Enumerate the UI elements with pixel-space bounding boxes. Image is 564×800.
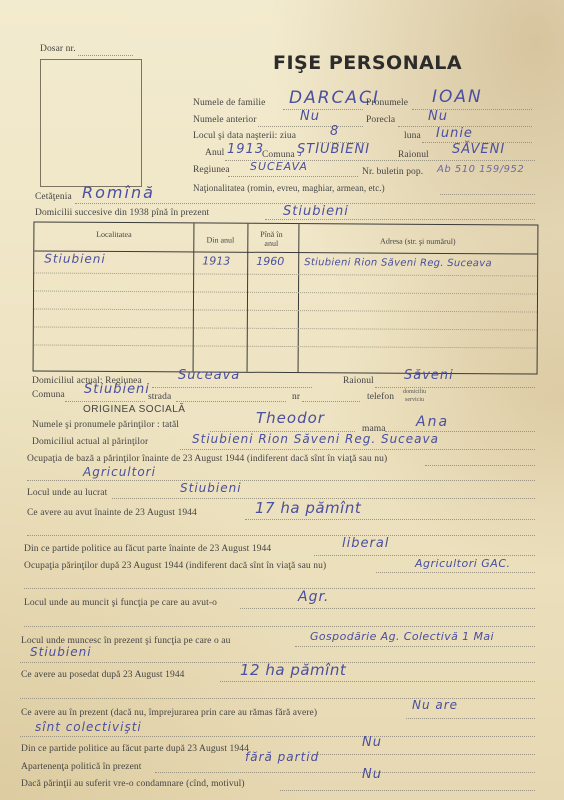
dotted-line (155, 772, 535, 773)
region-label: Regiunea (193, 165, 230, 175)
dotted-line (240, 608, 535, 609)
parents-address-value[interactable]: Stiubieni Rion Săveni Reg. Suceava (192, 432, 439, 446)
district-label: Raionul (398, 150, 429, 160)
dosar-label: Dosar nr. (40, 44, 76, 54)
dotted-line (265, 219, 535, 220)
parents-label: Numele şi pronumele părinţilor : tatăl (32, 420, 179, 430)
nickname-label: Porecla (366, 115, 395, 125)
birth-label: Locul şi data naşterii: ziua (193, 131, 296, 141)
work-place-value[interactable]: Stiubieni (180, 481, 242, 495)
phone-home-label: domiciliu (403, 389, 426, 396)
dotted-line (27, 480, 535, 481)
street-field[interactable] (176, 401, 286, 402)
parties-after-value[interactable]: Nu (362, 735, 382, 750)
work-function-value[interactable]: Agr. (298, 589, 329, 605)
commune-value[interactable]: ŞTIUBIENI (297, 142, 370, 157)
work-present-value[interactable]: Gospodărie Ag. Colectivă 1 Mai (310, 630, 494, 643)
dosar-field[interactable] (78, 55, 133, 56)
dotted-line (228, 176, 358, 177)
political-present-value[interactable]: fără partid (245, 750, 319, 764)
father-value[interactable]: Theodor (256, 409, 325, 427)
mother-value[interactable]: Ana (416, 414, 449, 430)
dotted-line (245, 519, 535, 520)
occupation-before-value[interactable]: Agricultori (83, 465, 156, 479)
dotted-line (65, 401, 145, 402)
wealth-present-cont-value[interactable]: sînt colectivişti (35, 720, 142, 734)
cell-from[interactable]: 1913 (202, 254, 230, 267)
work-function-label: Locul unde au muncit şi funcţia pe care … (24, 598, 217, 608)
col-header-address: Adresa (str. şi numărul) (298, 236, 537, 246)
commune-label: Comuna (262, 150, 295, 160)
parties-before-label: Din ce partide politice au făcut parte î… (24, 544, 271, 554)
col-header-locality: Localitatea (34, 229, 193, 239)
occupation-before-label: Ocupaţia de bază a părinţilor înainte de… (27, 454, 387, 464)
wealth-present-value[interactable]: Nu are (412, 698, 458, 712)
parties-before-value[interactable]: liberal (342, 536, 389, 551)
nr-field[interactable] (302, 401, 360, 402)
residences-value[interactable]: Stiubieni (283, 204, 349, 219)
dotted-line (376, 572, 535, 573)
dotted-line (425, 465, 535, 466)
current-region-value[interactable]: Suceava (178, 368, 240, 383)
region-value[interactable]: SUCEAVA (250, 160, 308, 173)
cell-address[interactable]: Stiubieni Rion Săveni Reg. Suceava (304, 257, 492, 269)
nationality-field[interactable] (440, 194, 535, 195)
political-present-label: Apartenenţa politică în prezent (21, 762, 141, 772)
convictions-value[interactable]: Nu (362, 767, 382, 782)
dotted-line (310, 754, 535, 755)
cell-locality[interactable]: Stiubieni (44, 252, 106, 266)
dotted-line (295, 646, 535, 647)
parents-address-label: Domiciliul actual al părinţilor (32, 437, 148, 447)
first-name-label: Pronumele (366, 98, 408, 108)
dotted-line (24, 588, 535, 589)
dotted-line (406, 718, 535, 719)
district-value[interactable]: SĂVENI (452, 142, 505, 157)
dotted-line (220, 681, 535, 682)
work-place-label: Locul unde au lucrat (27, 488, 107, 498)
dotted-line (280, 790, 535, 791)
citizenship-value[interactable]: Romînă (82, 183, 155, 202)
current-district-label: Raionul (343, 376, 374, 386)
wealth-present-label: Ce avere au în prezent (dacă nu, împreju… (21, 708, 317, 718)
wealth-after-label: Ce avere au posedat după 23 August 1944 (21, 670, 185, 680)
work-present-cont-value[interactable]: Stiubieni (30, 645, 92, 659)
id-value[interactable]: Ab 510 159/952 (437, 164, 524, 175)
wealth-after-value[interactable]: 12 ha pămînt (240, 661, 346, 679)
convictions-label: Dacă părinţii au suferit vre-o condamnar… (21, 779, 245, 789)
page-title: FIŞE PERSONALA (273, 52, 462, 74)
nationality-label: Naţionalitatea (romin, evreu, maghiar, a… (193, 183, 385, 193)
nickname-value[interactable]: Nu (428, 109, 448, 124)
wealth-before-label: Ce avere au avut înainte de 23 August 19… (27, 508, 197, 518)
year-label: Anul (205, 148, 224, 158)
dotted-line (283, 109, 363, 110)
wealth-before-value[interactable]: 17 ha pămînt (255, 499, 361, 517)
family-name-label: Numele de familie (193, 98, 265, 108)
cell-to[interactable]: 1960 (256, 255, 284, 268)
parties-after-label: Din ce partide politice au făcut parte d… (21, 744, 249, 754)
phone-work-label: serviciu (405, 397, 424, 404)
birth-year-value[interactable]: 1913 (227, 142, 264, 157)
col-header-to: Pînă în anul (252, 230, 290, 248)
col-header-from: Din anul (193, 235, 247, 244)
street-label: strada (148, 392, 171, 402)
current-commune-label: Comuna (32, 390, 65, 400)
id-label: Nr. buletin pop. (362, 167, 423, 177)
occupation-after-label: Ocupaţia părinţilor după 23 August 1944 … (24, 561, 326, 571)
dotted-line (20, 736, 535, 737)
previous-name-label: Numele anterior (193, 115, 257, 125)
current-district-value[interactable]: Săveni (404, 368, 454, 383)
dotted-line (180, 449, 535, 450)
dotted-line (258, 126, 363, 127)
first-name-value[interactable]: IOAN (432, 87, 483, 107)
table-row: Stiubieni 1913 1960 Stiubieni Rion Săven… (34, 222, 537, 225)
photo-box (40, 59, 142, 187)
current-commune-value[interactable]: Stiubieni (84, 382, 150, 397)
dotted-line (27, 535, 535, 536)
dotted-line (314, 555, 535, 556)
social-origin-heading: ORIGINEA SOCIALĂ (83, 404, 185, 415)
residences-table: Localitatea Din anul Pînă în anul Adresa… (33, 221, 539, 374)
birth-month-label: luna (404, 131, 421, 141)
phone-label: telefon (367, 392, 394, 402)
birth-day-value[interactable]: 8 (330, 124, 339, 139)
birth-month-value[interactable]: Iunie (436, 126, 473, 141)
citizenship-label: Cetăţenia (35, 192, 72, 202)
dotted-line (24, 626, 535, 627)
dotted-line (152, 387, 312, 388)
nr-label: nr (292, 392, 300, 402)
dotted-line (375, 387, 535, 388)
previous-name-value[interactable]: Nu (300, 109, 320, 124)
residences-label: Domicilii succesive din 1938 pînă în pre… (35, 208, 209, 218)
occupation-after-value[interactable]: Agricultori GAC. (415, 557, 511, 570)
